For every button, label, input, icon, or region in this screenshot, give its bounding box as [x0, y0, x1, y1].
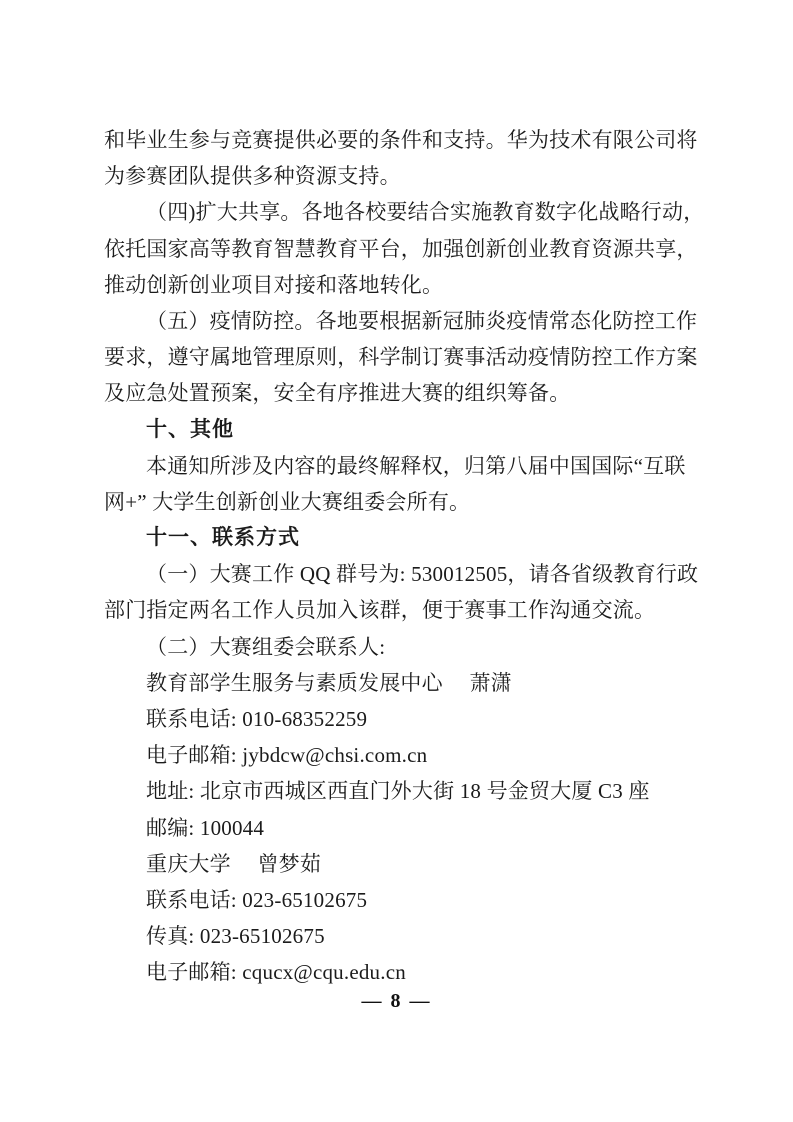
document-page: 和毕业生参与竞赛提供必要的条件和支持。华为技术有限公司将为参赛团队提供多种资源支… [0, 0, 793, 1122]
text-line: 和毕业生参与竞赛提供必要的条件和支持。华为技术有限公司将 [104, 122, 724, 158]
text-line: 本通知所涉及内容的最终解释权，归第八届中国国际“互联 [104, 448, 724, 484]
text-line: 传真: 023-65102675 [104, 918, 724, 954]
text-line: 推动创新创业项目对接和落地转化。 [104, 267, 724, 303]
page-number: — 8 — [0, 990, 793, 1013]
text-line: 网+” 大学生创新创业大赛组委会所有。 [104, 484, 724, 520]
text-line: （五）疫情防控。各地要根据新冠肺炎疫情常态化防控工作 [104, 303, 724, 339]
text-line: 十、其他 [104, 412, 724, 448]
text-line: 要求，遵守属地管理原则，科学制订赛事活动疫情防控工作方案 [104, 339, 724, 375]
text-line: 联系电话: 023-65102675 [104, 882, 724, 918]
text-line: 依托国家高等教育智慧教育平台，加强创新创业教育资源共享， [104, 231, 724, 267]
text-line: 十一、联系方式 [104, 520, 724, 556]
text-line: （二）大赛组委会联系人: [104, 629, 724, 665]
text-line: 为参赛团队提供多种资源支持。 [104, 158, 724, 194]
text-line: 教育部学生服务与素质发展中心 萧潇 [104, 665, 724, 701]
text-line: 联系电话: 010-68352259 [104, 701, 724, 737]
document-body: 和毕业生参与竞赛提供必要的条件和支持。华为技术有限公司将为参赛团队提供多种资源支… [104, 122, 724, 991]
text-line: 及应急处置预案，安全有序推进大赛的组织筹备。 [104, 375, 724, 411]
text-line: （四)扩大共享。各地各校要结合实施教育数字化战略行动， [104, 194, 724, 230]
text-line: 重庆大学 曾梦茹 [104, 846, 724, 882]
text-line: 部门指定两名工作人员加入该群，便于赛事工作沟通交流。 [104, 592, 724, 628]
text-line: （一）大赛工作 QQ 群号为: 530012505，请各省级教育行政 [104, 556, 724, 592]
text-line: 邮编: 100044 [104, 810, 724, 846]
text-line: 地址: 北京市西城区西直门外大街 18 号金贸大厦 C3 座 [104, 773, 724, 809]
text-line: 电子邮箱: jybdcw@chsi.com.cn [104, 737, 724, 773]
text-line: 电子邮箱: cqucx@cqu.edu.cn [104, 954, 724, 990]
